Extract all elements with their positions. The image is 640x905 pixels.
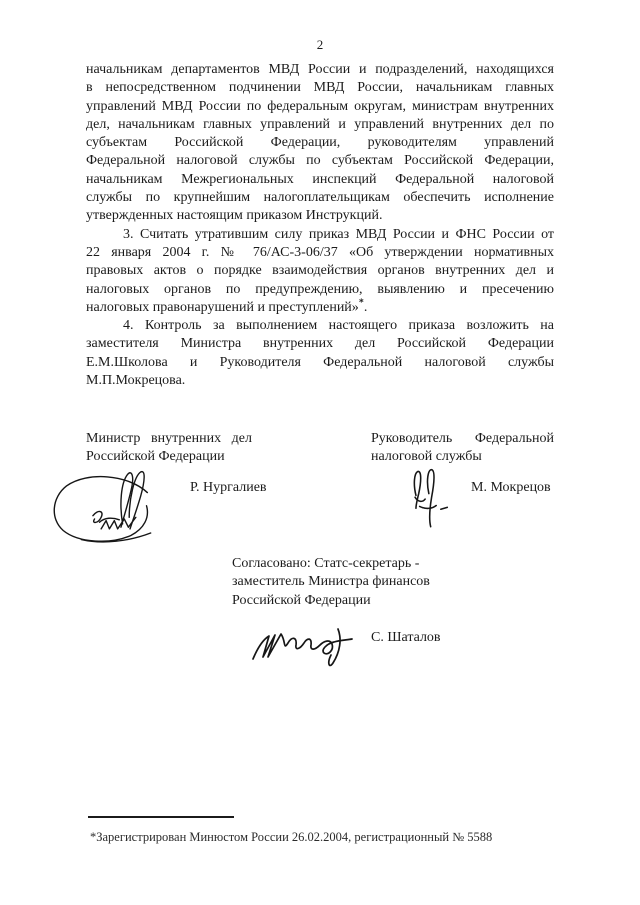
signatory-title-line: Руководитель Федеральной bbox=[371, 430, 554, 448]
shatalov-signature bbox=[250, 619, 360, 667]
body-line: утвержденных настоящим приказом Инструкц… bbox=[86, 207, 554, 225]
agreement-line: Согласовано: Статс-секретарь - bbox=[232, 555, 472, 573]
paragraph-item-3: 3. Считать утратившим силу приказ МВД Ро… bbox=[86, 226, 554, 317]
paragraph-continuation: начальникам департаментов МВД России и п… bbox=[86, 61, 554, 226]
signatory-title-line: налоговой службы bbox=[371, 448, 554, 466]
footnote-separator bbox=[88, 816, 234, 818]
signatory-title-line: Министр внутренних дел bbox=[86, 430, 252, 448]
body-line: службы по крупнейшим налогоплательщикам … bbox=[86, 189, 554, 207]
signatory-title-fts-head: Руководитель Федеральной налоговой служб… bbox=[371, 430, 554, 467]
body-line: М.П.Мокрецова. bbox=[86, 372, 554, 390]
body-line: дел, начальникам главных управлений и уп… bbox=[86, 116, 554, 134]
body-line: 3. Считать утратившим силу приказ МВД Ро… bbox=[86, 226, 554, 244]
body-line: начальникам Межрегиональных инспекций Фе… bbox=[86, 171, 554, 189]
body-line: субъектам Российской Федерации, руководи… bbox=[86, 134, 554, 152]
agreement-block: Согласовано: Статс-секретарь - заместите… bbox=[232, 555, 472, 610]
body-line: 22 января 2004 г. № 76/АС-3-06/37 «Об ут… bbox=[86, 244, 554, 262]
body-line-text: налоговых правонарушений и преступлений» bbox=[86, 300, 359, 315]
paragraph-item-4: 4. Контроль за выполнением настоящего пр… bbox=[86, 317, 554, 390]
agreement-line: Российской Федерации bbox=[232, 592, 472, 610]
mokretsov-signature bbox=[404, 467, 450, 533]
body-line: Федеральной налоговой службы по субъекта… bbox=[86, 152, 554, 170]
signatory-name-shatalov: С. Шаталов bbox=[371, 630, 441, 646]
signatory-name-mokretsov: М. Мокрецов bbox=[471, 480, 551, 496]
body-line: в непосредственном подчинении МВД России… bbox=[86, 79, 554, 97]
body-line-text: . bbox=[364, 300, 368, 315]
document-page: 2 начальникам департаментов МВД России и… bbox=[0, 0, 640, 905]
body-line: 4. Контроль за выполнением настоящего пр… bbox=[86, 317, 554, 335]
body-line: заместителя Министра внутренних дел Росс… bbox=[86, 335, 554, 353]
body-line: начальникам департаментов МВД России и п… bbox=[86, 61, 554, 79]
body-text: начальникам департаментов МВД России и п… bbox=[86, 61, 554, 390]
body-line: налоговых органов по предупреждению, выя… bbox=[86, 281, 554, 299]
footnote-text: *Зарегистрирован Минюстом России 26.02.2… bbox=[90, 830, 510, 845]
nurgaliev-signature bbox=[50, 461, 182, 553]
body-line: управлений МВД России по федеральным окр… bbox=[86, 98, 554, 116]
body-line: налоговых правонарушений и преступлений»… bbox=[86, 299, 554, 317]
agreement-line: заместитель Министра финансов bbox=[232, 573, 472, 591]
signatory-name-nurgaliev: Р. Нургалиев bbox=[190, 480, 267, 496]
body-line: правовых актов о порядке взаимодействия … bbox=[86, 262, 554, 280]
page-number: 2 bbox=[86, 37, 554, 53]
body-line: Е.М.Школова и Руководителя Федеральной н… bbox=[86, 354, 554, 372]
